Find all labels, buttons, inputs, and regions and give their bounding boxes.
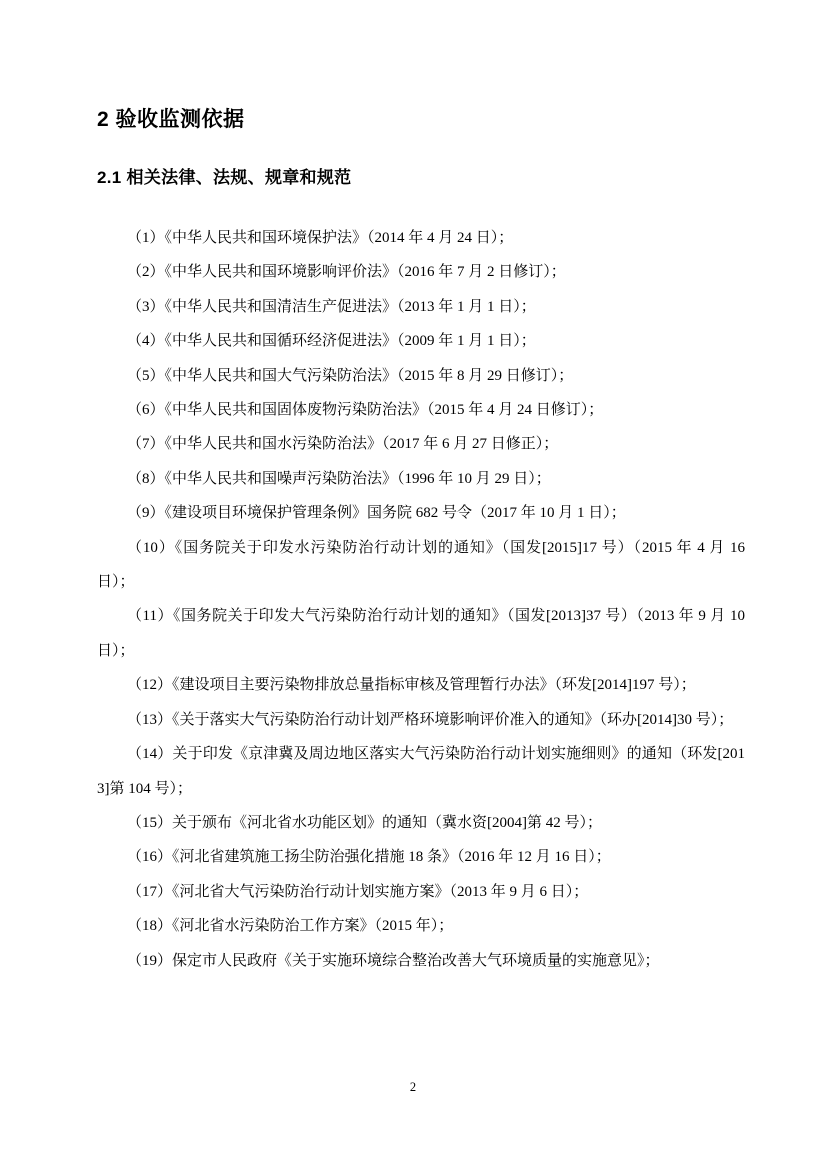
list-item: （18）《河北省水污染防治工作方案》（2015 年）； bbox=[97, 909, 745, 943]
list-item: （9）《建设项目环境保护管理条例》国务院 682 号令（2017 年 10 月 … bbox=[97, 496, 745, 530]
list-item: （14）关于印发《京津冀及周边地区落实大气污染防治行动计划实施细则》的通知（环发… bbox=[97, 737, 745, 806]
list-item: （6）《中华人民共和国固体废物污染防治法》（2015 年 4 月 24 日修订）… bbox=[97, 393, 745, 427]
list-item: （13）《关于落实大气污染防治行动计划严格环境影响评价准入的通知》（环办[201… bbox=[97, 703, 745, 737]
regulation-list: （1）《中华人民共和国环境保护法》（2014 年 4 月 24 日）；（2）《中… bbox=[97, 221, 745, 978]
list-item: （4）《中华人民共和国循环经济促进法》（2009 年 1 月 1 日）； bbox=[97, 324, 745, 358]
subsection-heading: 2.1 相关法律、法规、规章和规范 bbox=[97, 163, 745, 188]
list-item: （11）《国务院关于印发大气污染防治行动计划的通知》（国发[2013]37 号）… bbox=[97, 599, 745, 668]
page-number: 2 bbox=[0, 1080, 826, 1095]
list-item: （8）《中华人民共和国噪声污染防治法》（1996 年 10 月 29 日）； bbox=[97, 462, 745, 496]
list-item: （10）《国务院关于印发水污染防治行动计划的通知》（国发[2015]17 号）（… bbox=[97, 531, 745, 600]
list-item: （19）保定市人民政府《关于实施环境综合整治改善大气环境质量的实施意见》； bbox=[97, 944, 745, 978]
list-item: （2）《中华人民共和国环境影响评价法》（2016 年 7 月 2 日修订）； bbox=[97, 255, 745, 289]
list-item: （7）《中华人民共和国水污染防治法》（2017 年 6 月 27 日修正）； bbox=[97, 427, 745, 461]
list-item: （16）《河北省建筑施工扬尘防治强化措施 18 条》（2016 年 12 月 1… bbox=[97, 840, 745, 874]
list-item: （15）关于颁布《河北省水功能区划》的通知（冀水资[2004]第 42 号）； bbox=[97, 806, 745, 840]
list-item: （17）《河北省大气污染防治行动计划实施方案》（2013 年 9 月 6 日）； bbox=[97, 875, 745, 909]
list-item: （5）《中华人民共和国大气污染防治法》（2015 年 8 月 29 日修订）； bbox=[97, 359, 745, 393]
section-heading: 2 验收监测依据 bbox=[97, 103, 745, 133]
list-item: （1）《中华人民共和国环境保护法》（2014 年 4 月 24 日）； bbox=[97, 221, 745, 255]
list-item: （3）《中华人民共和国清洁生产促进法》（2013 年 1 月 1 日）； bbox=[97, 290, 745, 324]
document-page: 2 验收监测依据 2.1 相关法律、法规、规章和规范 （1）《中华人民共和国环境… bbox=[0, 0, 826, 1169]
list-item: （12）《建设项目主要污染物排放总量指标审核及管理暂行办法》（环发[2014]1… bbox=[97, 668, 745, 702]
